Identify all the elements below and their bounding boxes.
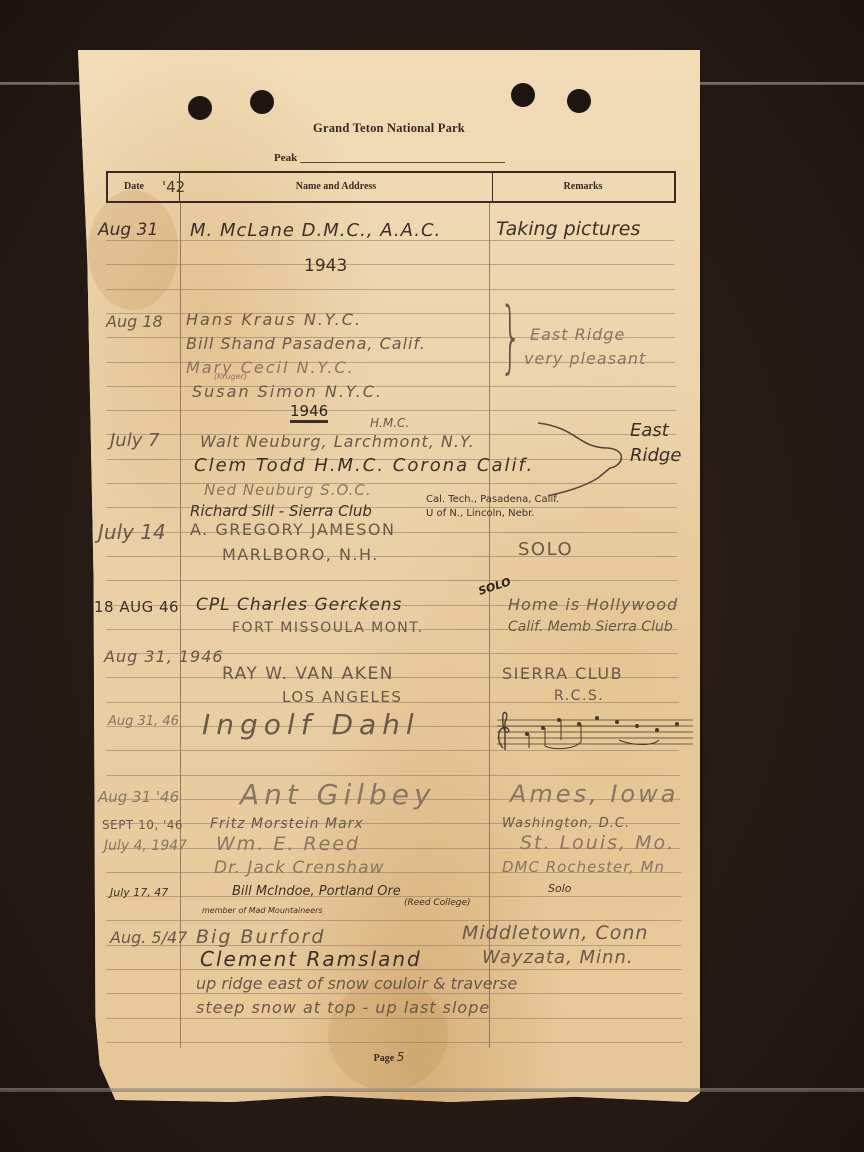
musical-notation-icon (493, 710, 693, 750)
entry-date: Aug 18 (106, 312, 163, 331)
entry-name: Clement Ramsland (200, 947, 422, 971)
ruled-line (106, 556, 677, 557)
entry-name: Ned Neuburg S.O.C. (204, 481, 372, 499)
entry-remarks: East Ridge (530, 325, 625, 344)
ruled-line (106, 750, 679, 751)
bracket-arrow-icon (518, 418, 638, 498)
year-marker: 1946 (290, 402, 328, 420)
year-marker: 1943 (304, 256, 347, 276)
ruled-line (106, 289, 675, 290)
entry-name: Ant Gilbey (240, 778, 436, 811)
entry-date: SEPT 10, '46 (102, 818, 183, 832)
entry-remarks: Taking pictures (496, 218, 640, 240)
ruled-line (106, 993, 682, 994)
entry-date: Aug 31, 1946 (104, 647, 224, 666)
entry-name: Mary Cecil N.Y.C. (186, 358, 355, 377)
entry-remarks: Wayzata, Minn. (482, 947, 634, 968)
entry-remarks: Middletown, Conn (462, 922, 648, 944)
entry-date: Aug 31, 46 (108, 714, 179, 729)
entry-affiliation: U of N., Lincoln, Nebr. (426, 508, 534, 519)
entry-note: steep snow at top - up last slope (196, 998, 490, 1017)
page-number: Page 5 (78, 1050, 700, 1064)
entry-annotation: (Kruger) (214, 372, 247, 381)
brace-icon: } (500, 292, 522, 382)
entry-name: Bill Shand Pasadena, Calif. (186, 334, 426, 353)
entry-date: July 4, 1947 (104, 838, 187, 854)
peak-label: Peak (274, 152, 297, 164)
entry-date: July 7 (110, 430, 160, 451)
entry-name: M. McLane D.M.C., A.A.C. (190, 220, 441, 241)
entry-remarks: very pleasant (524, 349, 646, 368)
entry-remarks: DMC Rochester, Mn (502, 858, 665, 876)
register-page: Grand Teton National Park Peak Date '42 … (78, 50, 700, 1102)
entry-annotation: (Reed College) (404, 898, 471, 908)
entry-name: Ingolf Dahl (202, 708, 420, 741)
entry-remarks: Washington, D.C. (502, 816, 630, 831)
entry-name: Susan Simon N.Y.C. (192, 382, 383, 401)
ruled-line (106, 264, 674, 265)
entry-name: Fritz Morstein Marx (210, 816, 364, 832)
peak-field: Peak (274, 152, 505, 164)
entry-annotation: H.M.C. (370, 416, 409, 430)
entry-remarks: SOLO (518, 539, 573, 560)
entry-name: RAY W. VAN AKEN (222, 664, 394, 684)
entry-name: Wm. E. Reed (216, 833, 360, 855)
ruled-line (106, 410, 676, 411)
ruled-line (106, 1018, 682, 1019)
entry-date: July 17, 47 (110, 886, 168, 899)
entry-name: MARLBORO, N.H. (222, 545, 379, 564)
header-remarks: Remarks (492, 173, 674, 201)
punch-hole (511, 83, 535, 107)
water-stain (88, 190, 178, 310)
entry-remarks: Ames, Iowa (510, 780, 678, 808)
column-header: Date '42 Name and Address Remarks (106, 171, 676, 203)
entry-date: July 14 (98, 520, 166, 544)
ruled-line (106, 580, 678, 581)
entry-date: Aug 31 '46 (98, 788, 179, 806)
ruled-line (106, 945, 681, 946)
entry-name: A. GREGORY JAMESON (190, 520, 395, 539)
entry-date: Aug 31 (98, 220, 158, 240)
header-name-address: Name and Address (180, 173, 493, 201)
entry-remarks: R.C.S. (554, 688, 604, 704)
entry-name: Walt Neuburg, Larchmont, N.Y. (200, 432, 475, 451)
punch-hole (188, 96, 212, 120)
peak-value (300, 162, 505, 163)
punch-hole (250, 90, 274, 114)
entry-remarks: Calif. Memb Sierra Club (508, 619, 673, 635)
entry-date: Aug. 5/47 (110, 928, 187, 947)
entry-name: Richard Sill - Sierra Club (190, 502, 372, 520)
entry-remarks: Home is Hollywood (508, 595, 678, 614)
entry-name: Big Burford (196, 926, 326, 948)
entry-name: LOS ANGELES (282, 688, 402, 706)
entry-name: member of Mad Mountaineers (202, 906, 323, 915)
glass-reflection-bottom (0, 1088, 864, 1092)
park-title: Grand Teton National Park (78, 121, 700, 136)
punch-hole (567, 89, 591, 113)
entry-name: Dr. Jack Crenshaw (214, 858, 384, 878)
entry-name: Clem Todd H.M.C. Corona Calif. (194, 455, 534, 476)
entry-note: up ridge east of snow couloir & traverse (196, 974, 517, 993)
entry-name: Hans Kraus N.Y.C. (186, 310, 362, 329)
water-stain (328, 980, 448, 1090)
entry-date: 18 AUG 46 (94, 598, 179, 616)
entry-name: CPL Charles Gerckens (196, 595, 402, 615)
entry-remarks: St. Louis, Mo. (520, 832, 675, 854)
ruled-line (106, 775, 680, 776)
ruled-line (106, 1042, 682, 1043)
entry-name: Bill McIndoe, Portland Ore (232, 884, 401, 899)
entry-remarks: SIERRA CLUB (502, 664, 623, 683)
entry-name: FORT MISSOULA MONT. (232, 620, 424, 636)
entry-remarks: Solo (548, 882, 572, 895)
